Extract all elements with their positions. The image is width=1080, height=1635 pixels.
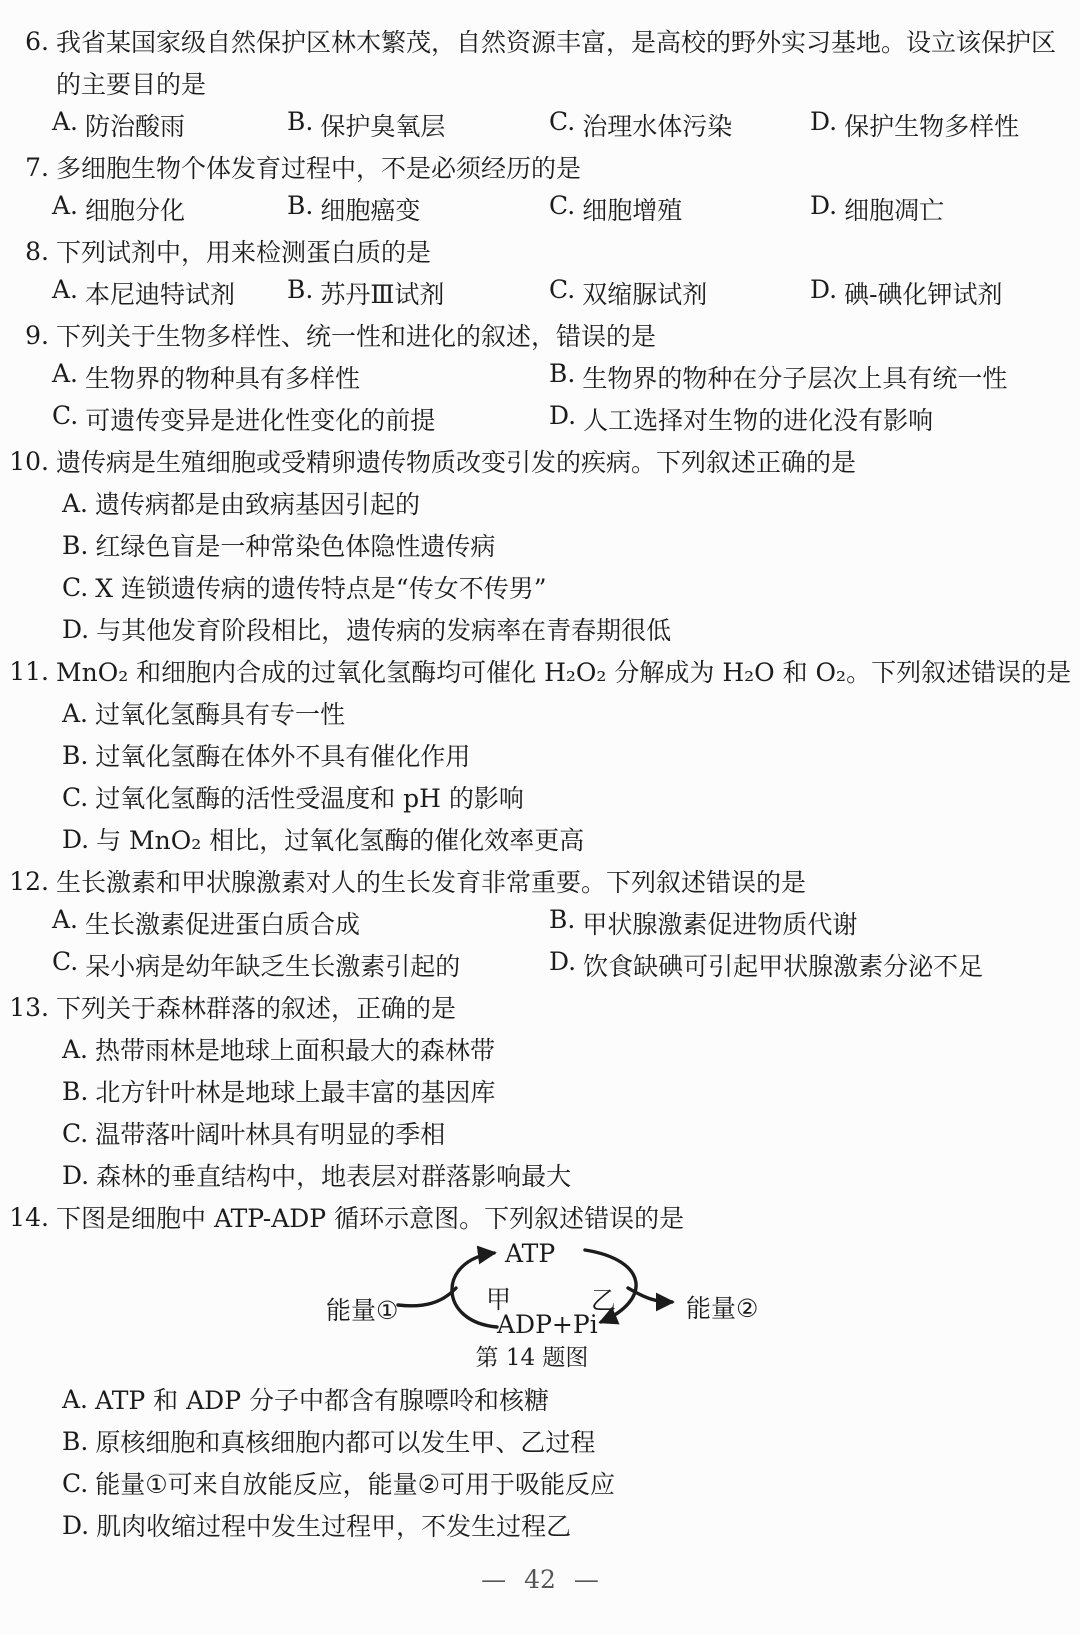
- option-text: 细胞分化: [85, 191, 185, 227]
- option-label: D.: [810, 191, 837, 227]
- question-number: 10.: [0, 447, 56, 476]
- question-stem: 12. 生长激素和甲状腺激素对人的生长发育非常重要。下列叙述错误的是: [0, 860, 1080, 902]
- option-label: C.: [62, 573, 88, 602]
- option-d: D.与 MnO₂ 相比，过氧化氢酶的催化效率更高: [0, 818, 1080, 860]
- option-text: 治理水体污染: [582, 107, 732, 143]
- option-c: C.X 连锁遗传病的遗传特点是“传女不传男”: [0, 566, 1080, 608]
- page-number: 42: [524, 1565, 556, 1594]
- option-text: 保护臭氧层: [320, 107, 445, 143]
- option-text: 人工选择对生物的进化没有影响: [583, 401, 933, 437]
- option-c: C.双缩脲试剂: [549, 275, 810, 311]
- option-label: B.: [62, 741, 88, 770]
- atp-adp-cycle-diagram: ATP 甲 乙 能量① 能量② ADP+Pi 第 14 题图: [0, 1238, 1080, 1378]
- option-text: 防治酸雨: [85, 107, 185, 143]
- question-text: MnO₂ 和细胞内合成的过氧化氢酶均可催化 H₂O₂ 分解成为 H₂O 和 O₂…: [56, 653, 1071, 689]
- option-text: 过氧化氢酶具有专一性: [95, 695, 345, 731]
- question-stem: 6. 我省某国家级自然保护区林木繁茂，自然资源丰富，是高校的野外实习基地。设立该…: [0, 20, 1080, 62]
- option-b: B.原核细胞和真核细胞内都可以发生甲、乙过程: [0, 1420, 1080, 1462]
- option-text: 可遗传变异是进化性变化的前提: [85, 401, 435, 437]
- option-text: 温带落叶阔叶林具有明显的季相: [95, 1115, 445, 1151]
- option-text: 本尼迪特试剂: [85, 275, 235, 311]
- question-stem: 13. 下列关于森林群落的叙述，正确的是: [0, 986, 1080, 1028]
- option-label: B.: [62, 1077, 88, 1106]
- question-text: 遗传病是生殖细胞或受精卵遗传物质改变引发的疾病。下列叙述正确的是: [56, 443, 856, 479]
- option-label: C.: [62, 1469, 88, 1498]
- question-text: 下列试剂中，用来检测蛋白质的是: [56, 233, 431, 269]
- diagram-atp-label: ATP: [505, 1239, 555, 1268]
- option-text: X 连锁遗传病的遗传特点是“传女不传男”: [95, 569, 546, 605]
- option-label: A.: [52, 905, 78, 941]
- options-row: C.可遗传变异是进化性变化的前提 D.人工选择对生物的进化没有影响: [0, 398, 1080, 440]
- option-d: D.保护生物多样性: [810, 107, 1080, 143]
- option-label: B.: [287, 191, 313, 227]
- option-label: D.: [62, 615, 89, 644]
- question-9: 9. 下列关于生物多样性、统一性和进化的叙述，错误的是 A.生物界的物种具有多样…: [0, 314, 1080, 440]
- option-label: D.: [810, 107, 837, 143]
- option-text: 原核细胞和真核细胞内都可以发生甲、乙过程: [95, 1423, 595, 1459]
- option-d: D.人工选择对生物的进化没有影响: [549, 401, 1080, 437]
- option-text: 生长激素促进蛋白质合成: [85, 905, 360, 941]
- option-label: D.: [62, 1161, 89, 1190]
- option-text: 肌肉收缩过程中发生过程甲，不发生过程乙: [96, 1507, 571, 1543]
- option-label: A.: [52, 191, 78, 227]
- option-label: A.: [52, 359, 78, 395]
- option-text: 北方针叶林是地球上最丰富的基因库: [95, 1073, 495, 1109]
- option-label: A.: [62, 699, 88, 728]
- option-label: A.: [62, 489, 88, 518]
- option-a: A.细胞分化: [52, 191, 287, 227]
- question-number: 14.: [0, 1203, 56, 1232]
- option-label: C.: [62, 1119, 88, 1148]
- option-label: B.: [62, 1427, 88, 1456]
- option-label: D.: [62, 825, 89, 854]
- option-label: B.: [287, 275, 313, 311]
- diagram-adp-label: ADP+Pi: [497, 1310, 598, 1339]
- question-7: 7. 多细胞生物个体发育过程中，不是必须经历的是 A.细胞分化 B.细胞癌变 C…: [0, 146, 1080, 230]
- question-number: 12.: [0, 867, 56, 896]
- option-d: D.与其他发育阶段相比，遗传病的发病率在青春期很低: [0, 608, 1080, 650]
- option-label: D.: [549, 947, 576, 983]
- options-row: A.本尼迪特试剂 B.苏丹Ⅲ试剂 C.双缩脲试剂 D.碘-碘化钾试剂: [0, 272, 1080, 314]
- option-a: A.生物界的物种具有多样性: [52, 359, 549, 395]
- option-text: 呆小病是幼年缺乏生长激素引起的: [85, 947, 460, 983]
- option-c: C.温带落叶阔叶林具有明显的季相: [0, 1112, 1080, 1154]
- option-b: B.过氧化氢酶在体外不具有催化作用: [0, 734, 1080, 776]
- question-stem: 10. 遗传病是生殖细胞或受精卵遗传物质改变引发的疾病。下列叙述正确的是: [0, 440, 1080, 482]
- option-a: A.生长激素促进蛋白质合成: [52, 905, 549, 941]
- question-13: 13. 下列关于森林群落的叙述，正确的是 A.热带雨林是地球上面积最大的森林带 …: [0, 986, 1080, 1196]
- question-text: 我省某国家级自然保护区林木繁茂，自然资源丰富，是高校的野外实习基地。设立该保护区: [56, 23, 1056, 59]
- option-label: B.: [549, 359, 575, 395]
- option-text: 生物界的物种在分子层次上具有统一性: [582, 359, 1007, 395]
- option-b: B.北方针叶林是地球上最丰富的基因库: [0, 1070, 1080, 1112]
- option-text: 饮食缺碘可引起甲状腺激素分泌不足: [583, 947, 983, 983]
- question-text: 下列关于生物多样性、统一性和进化的叙述，错误的是: [56, 317, 656, 353]
- question-8: 8. 下列试剂中，用来检测蛋白质的是 A.本尼迪特试剂 B.苏丹Ⅲ试剂 C.双缩…: [0, 230, 1080, 314]
- question-stem-continued: 的主要目的是: [0, 62, 1080, 104]
- option-c: C.呆小病是幼年缺乏生长激素引起的: [52, 947, 549, 983]
- option-a: A.本尼迪特试剂: [52, 275, 287, 311]
- option-text: 生物界的物种具有多样性: [85, 359, 360, 395]
- question-number: 6.: [0, 27, 56, 56]
- question-number: 11.: [0, 657, 56, 686]
- question-11: 11. MnO₂ 和细胞内合成的过氧化氢酶均可催化 H₂O₂ 分解成为 H₂O …: [0, 650, 1080, 860]
- options-row: A.防治酸雨 B.保护臭氧层 C.治理水体污染 D.保护生物多样性: [0, 104, 1080, 146]
- option-text: 能量①可来自放能反应，能量②可用于吸能反应: [95, 1465, 615, 1501]
- option-d: D.饮食缺碘可引起甲状腺激素分泌不足: [549, 947, 1080, 983]
- diagram-caption: 第 14 题图: [0, 1339, 1064, 1372]
- option-label: D.: [62, 1511, 89, 1540]
- option-c: C.细胞增殖: [549, 191, 810, 227]
- option-c: C.可遗传变异是进化性变化的前提: [52, 401, 549, 437]
- option-label: C.: [549, 107, 575, 143]
- option-b: B.红绿色盲是一种常染色体隐性遗传病: [0, 524, 1080, 566]
- question-text: 下图是细胞中 ATP-ADP 循环示意图。下列叙述错误的是: [56, 1199, 684, 1235]
- option-text: 细胞增殖: [582, 191, 682, 227]
- option-label: C.: [52, 401, 78, 437]
- option-c: C.能量①可来自放能反应，能量②可用于吸能反应: [0, 1462, 1080, 1504]
- exam-page: 6. 我省某国家级自然保护区林木繁茂，自然资源丰富，是高校的野外实习基地。设立该…: [0, 0, 1080, 1635]
- option-text: 细胞癌变: [320, 191, 420, 227]
- diagram-energy-out-label: 能量②: [686, 1289, 758, 1325]
- question-6: 6. 我省某国家级自然保护区林木繁茂，自然资源丰富，是高校的野外实习基地。设立该…: [0, 20, 1080, 146]
- option-b: B.生物界的物种在分子层次上具有统一性: [549, 359, 1080, 395]
- option-label: D.: [810, 275, 837, 311]
- option-b: B.甲状腺激素促进物质代谢: [549, 905, 1080, 941]
- option-label: D.: [549, 401, 576, 437]
- option-text: 过氧化氢酶在体外不具有催化作用: [95, 737, 470, 773]
- question-number: 13.: [0, 993, 56, 1022]
- footer-dash-left: —: [481, 1565, 506, 1594]
- option-label: B.: [287, 107, 313, 143]
- option-d: D.碘-碘化钾试剂: [810, 275, 1080, 311]
- option-c: C.治理水体污染: [549, 107, 810, 143]
- option-label: A.: [52, 107, 78, 143]
- question-10: 10. 遗传病是生殖细胞或受精卵遗传物质改变引发的疾病。下列叙述正确的是 A.遗…: [0, 440, 1080, 650]
- question-number: 8.: [0, 237, 56, 266]
- option-text: 苏丹Ⅲ试剂: [320, 275, 444, 311]
- option-label: C.: [52, 947, 78, 983]
- question-stem: 7. 多细胞生物个体发育过程中，不是必须经历的是: [0, 146, 1080, 188]
- option-label: A.: [62, 1035, 88, 1064]
- footer-dash-right: —: [574, 1565, 599, 1594]
- option-text: 与 MnO₂ 相比，过氧化氢酶的催化效率更高: [96, 821, 584, 857]
- question-number: 9.: [0, 321, 56, 350]
- option-text: 甲状腺激素促进物质代谢: [582, 905, 857, 941]
- option-text: 碘-碘化钾试剂: [844, 275, 1002, 311]
- options-row: A.生长激素促进蛋白质合成 B.甲状腺激素促进物质代谢: [0, 902, 1080, 944]
- question-stem: 9. 下列关于生物多样性、统一性和进化的叙述，错误的是: [0, 314, 1080, 356]
- option-b: B.细胞癌变: [287, 191, 549, 227]
- option-d: D.森林的垂直结构中，地表层对群落影响最大: [0, 1154, 1080, 1196]
- option-text: 与其他发育阶段相比，遗传病的发病率在青春期很低: [96, 611, 671, 647]
- option-text: 森林的垂直结构中，地表层对群落影响最大: [96, 1157, 571, 1193]
- option-c: C.过氧化氢酶的活性受温度和 pH 的影响: [0, 776, 1080, 818]
- option-label: B.: [62, 531, 88, 560]
- option-text: 双缩脲试剂: [582, 275, 707, 311]
- option-a: A.ATP 和 ADP 分子中都含有腺嘌呤和核糖: [0, 1378, 1080, 1420]
- option-text: 遗传病都是由致病基因引起的: [95, 485, 420, 521]
- option-text: 细胞凋亡: [844, 191, 944, 227]
- option-label: C.: [62, 783, 88, 812]
- option-label: B.: [549, 905, 575, 941]
- question-stem: 11. MnO₂ 和细胞内合成的过氧化氢酶均可催化 H₂O₂ 分解成为 H₂O …: [0, 650, 1080, 692]
- option-label: C.: [549, 191, 575, 227]
- option-d: D.细胞凋亡: [810, 191, 1080, 227]
- option-text: ATP 和 ADP 分子中都含有腺嘌呤和核糖: [95, 1381, 549, 1417]
- option-text: 热带雨林是地球上面积最大的森林带: [95, 1031, 495, 1067]
- question-stem: 8. 下列试剂中，用来检测蛋白质的是: [0, 230, 1080, 272]
- question-text: 下列关于森林群落的叙述，正确的是: [56, 989, 456, 1025]
- options-row: A.细胞分化 B.细胞癌变 C.细胞增殖 D.细胞凋亡: [0, 188, 1080, 230]
- option-b: B.保护臭氧层: [287, 107, 549, 143]
- options-row: C.呆小病是幼年缺乏生长激素引起的 D.饮食缺碘可引起甲状腺激素分泌不足: [0, 944, 1080, 986]
- diagram-energy-in-label: 能量①: [326, 1291, 398, 1327]
- option-a: A.过氧化氢酶具有专一性: [0, 692, 1080, 734]
- question-number: 7.: [0, 153, 56, 182]
- option-label: C.: [549, 275, 575, 311]
- option-a: A.防治酸雨: [52, 107, 287, 143]
- option-a: A.遗传病都是由致病基因引起的: [0, 482, 1080, 524]
- option-text: 过氧化氢酶的活性受温度和 pH 的影响: [95, 779, 524, 815]
- question-text: 生长激素和甲状腺激素对人的生长发育非常重要。下列叙述错误的是: [56, 863, 806, 899]
- arrow-energy-in: [398, 1288, 456, 1306]
- question-stem: 14. 下图是细胞中 ATP-ADP 循环示意图。下列叙述错误的是: [0, 1196, 1080, 1238]
- option-label: A.: [52, 275, 78, 311]
- option-a: A.热带雨林是地球上面积最大的森林带: [0, 1028, 1080, 1070]
- question-14: 14. 下图是细胞中 ATP-ADP 循环示意图。下列叙述错误的是: [0, 1196, 1080, 1546]
- option-label: A.: [62, 1385, 88, 1414]
- page-footer: — 42 —: [0, 1558, 1080, 1600]
- option-text: 红绿色盲是一种常染色体隐性遗传病: [95, 527, 495, 563]
- question-12: 12. 生长激素和甲状腺激素对人的生长发育非常重要。下列叙述错误的是 A.生长激…: [0, 860, 1080, 986]
- options-row: A.生物界的物种具有多样性 B.生物界的物种在分子层次上具有统一性: [0, 356, 1080, 398]
- option-b: B.苏丹Ⅲ试剂: [287, 275, 549, 311]
- question-text: 多细胞生物个体发育过程中，不是必须经历的是: [56, 149, 581, 185]
- option-text: 保护生物多样性: [844, 107, 1019, 143]
- option-d: D.肌肉收缩过程中发生过程甲，不发生过程乙: [0, 1504, 1080, 1546]
